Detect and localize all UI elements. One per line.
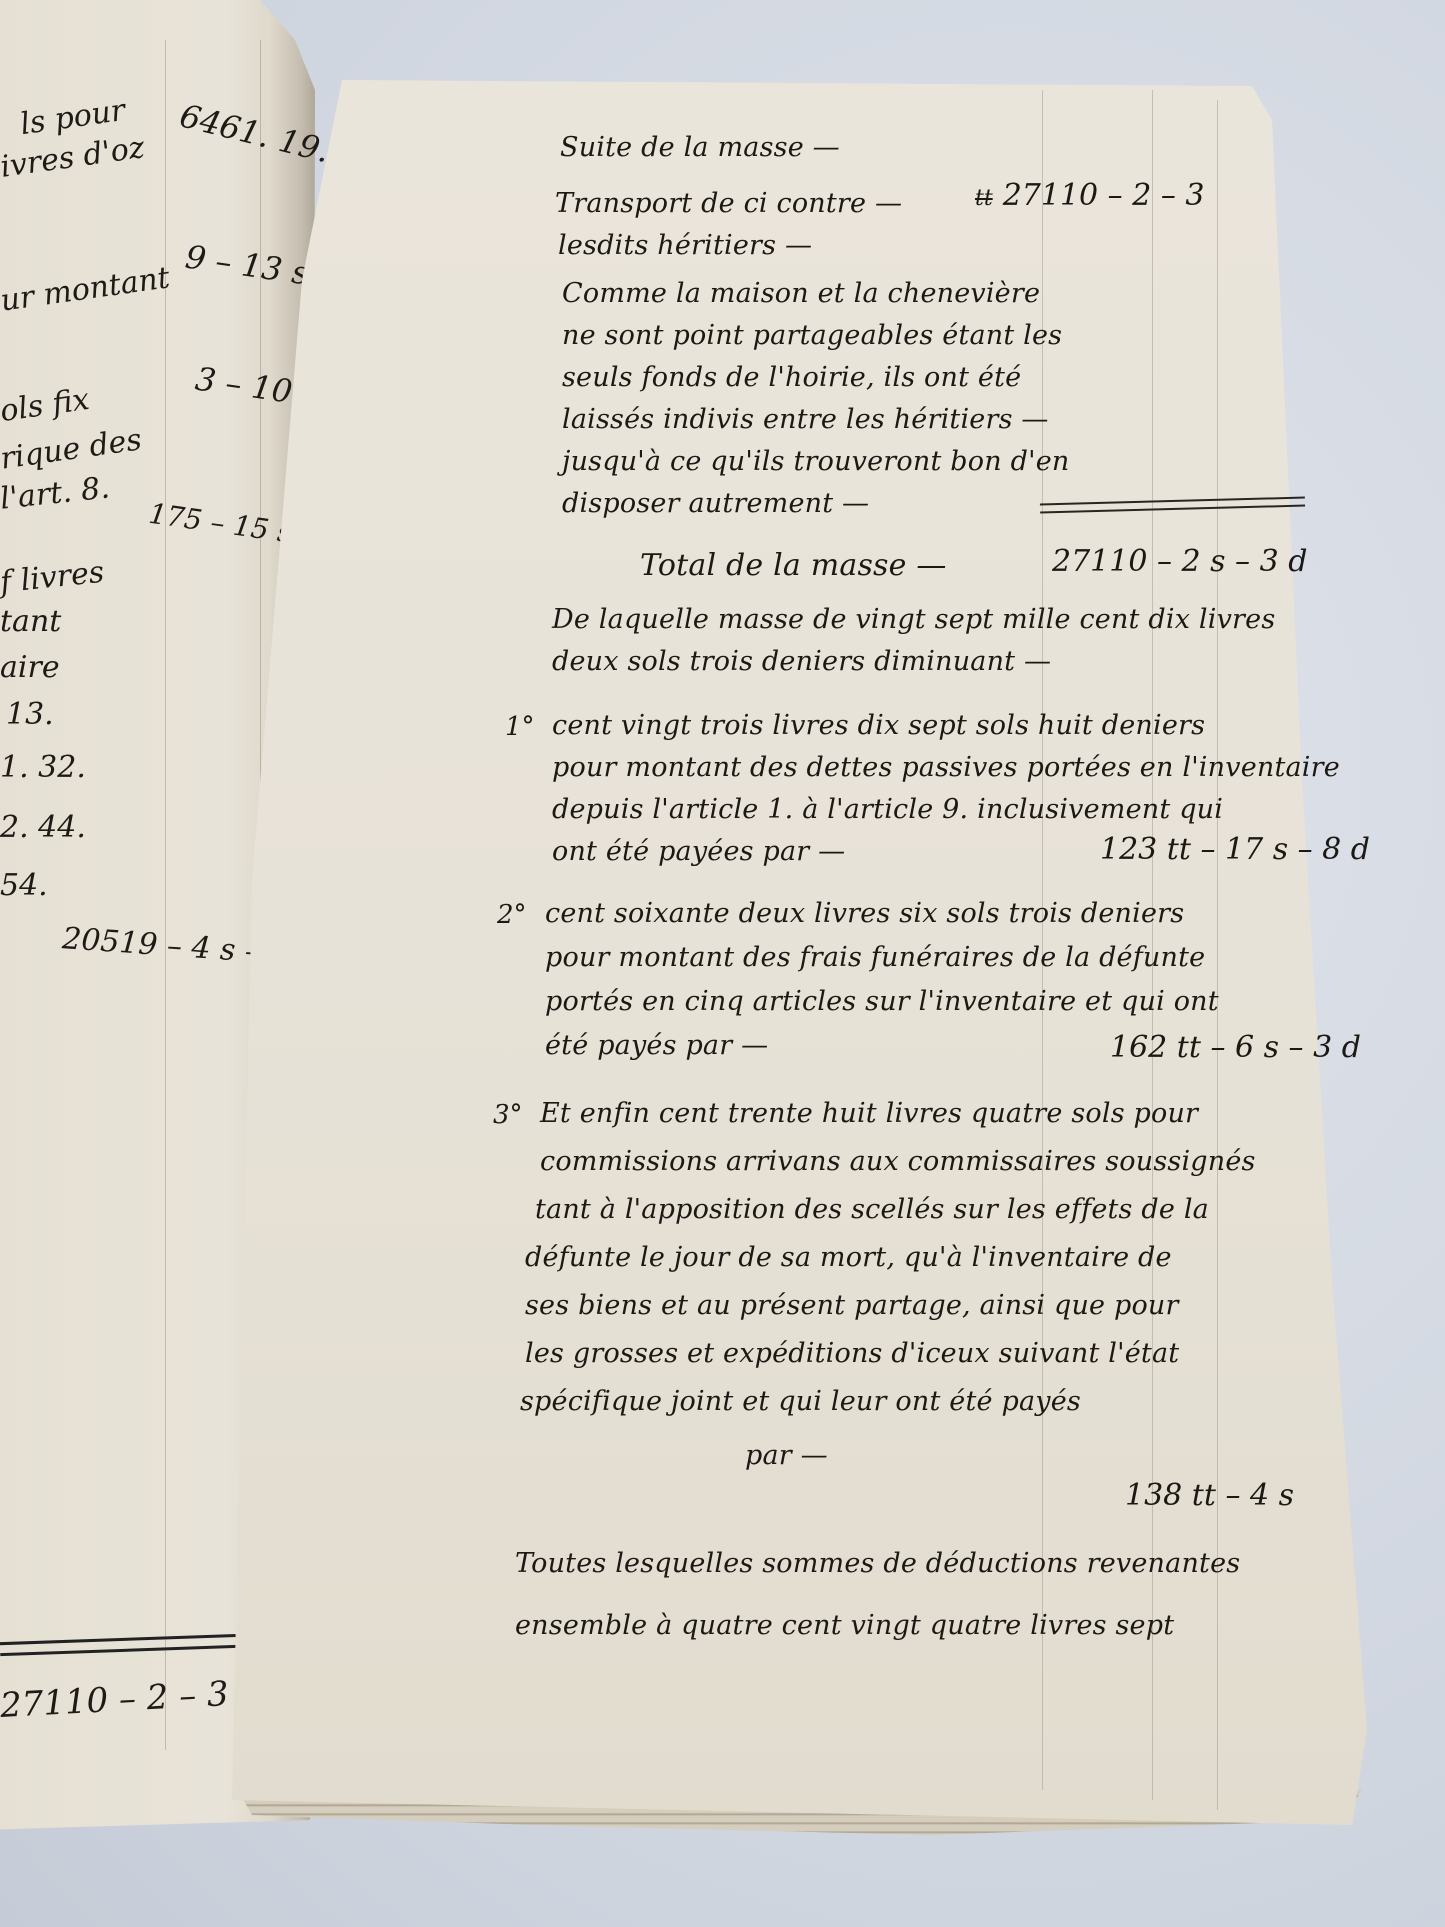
left-fragment: 1. 32. bbox=[0, 750, 86, 785]
deduction-intro-line: De laquelle masse de vingt sept mille ce… bbox=[552, 604, 1275, 635]
deduction-number: 2° bbox=[497, 900, 527, 930]
transport-line-label: Transport de ci contre — bbox=[555, 188, 902, 219]
deduction-number: 3° bbox=[493, 1100, 523, 1130]
deduction-line: Et enfin cent trente huit livres quatre … bbox=[540, 1098, 1198, 1129]
deduction-amount: 123 tt – 17 s – 8 d bbox=[1100, 832, 1370, 867]
deduction-line: pour montant des dettes passives portées… bbox=[552, 752, 1340, 783]
deduction-line: ses biens et au présent partage, ainsi q… bbox=[525, 1290, 1179, 1321]
deduction-line: défunte le jour de sa mort, qu'à l'inven… bbox=[525, 1242, 1172, 1273]
transport-amount: tt27110 – 2 – 3 bbox=[975, 178, 1204, 213]
left-fragment: tant bbox=[0, 604, 61, 639]
deduction-line: tant à l'apposition des scellés sur les … bbox=[535, 1194, 1209, 1225]
closing-line: ensemble à quatre cent vingt quatre livr… bbox=[515, 1610, 1174, 1641]
deduction-line: ont été payées par — bbox=[552, 836, 845, 867]
deduction-intro-line: deux sols trois deniers diminuant — bbox=[552, 646, 1051, 677]
deduction-amount: 138 tt – 4 s bbox=[1125, 1478, 1294, 1513]
house-paragraph-line: Comme la maison et la chenevière bbox=[562, 278, 1040, 309]
livres-mark: tt bbox=[975, 186, 993, 211]
house-paragraph-line: seuls fonds de l'hoirie, ils ont été bbox=[562, 362, 1021, 393]
left-fragment: 13. bbox=[6, 697, 54, 732]
heading-suite-de-la-masse: Suite de la masse — bbox=[560, 132, 840, 163]
total-masse-amount: 27110 – 2 s – 3 d bbox=[1052, 544, 1307, 579]
column-rule bbox=[165, 40, 166, 1750]
heirs-line: lesdits héritiers — bbox=[558, 230, 812, 261]
house-paragraph-line: disposer autrement — bbox=[562, 488, 869, 519]
left-fragment: aire bbox=[0, 650, 60, 685]
deduction-line: spécifique joint et qui leur ont été pay… bbox=[520, 1386, 1081, 1417]
closing-line: Toutes lesquelles sommes de déductions r… bbox=[515, 1548, 1240, 1579]
deduction-line: par — bbox=[745, 1440, 828, 1471]
deduction-line: commissions arrivans aux commissaires so… bbox=[540, 1146, 1256, 1177]
deduction-amount: 162 tt – 6 s – 3 d bbox=[1110, 1030, 1361, 1065]
deduction-line: portés en cinq articles sur l'inventaire… bbox=[545, 986, 1219, 1017]
deduction-line: été payés par — bbox=[545, 1030, 768, 1061]
deduction-line: les grosses et expéditions d'iceux suiva… bbox=[525, 1338, 1179, 1369]
deduction-line: depuis l'article 1. à l'article 9. inclu… bbox=[552, 794, 1223, 825]
deduction-line: pour montant des frais funéraires de la … bbox=[545, 942, 1205, 973]
deduction-line: cent vingt trois livres dix sept sols hu… bbox=[552, 710, 1205, 741]
house-paragraph-line: laissés indivis entre les héritiers — bbox=[562, 404, 1049, 435]
total-masse-label: Total de la masse — bbox=[640, 548, 947, 583]
house-paragraph-line: ne sont point partageables étant les bbox=[562, 320, 1062, 351]
house-paragraph-line: jusqu'à ce qu'ils trouveront bon d'en bbox=[562, 446, 1069, 477]
left-fragment: 54. bbox=[0, 868, 48, 903]
left-fragment: 2. 44. bbox=[0, 810, 86, 845]
deduction-line: cent soixante deux livres six sols trois… bbox=[545, 898, 1184, 929]
deduction-number: 1° bbox=[505, 712, 535, 742]
